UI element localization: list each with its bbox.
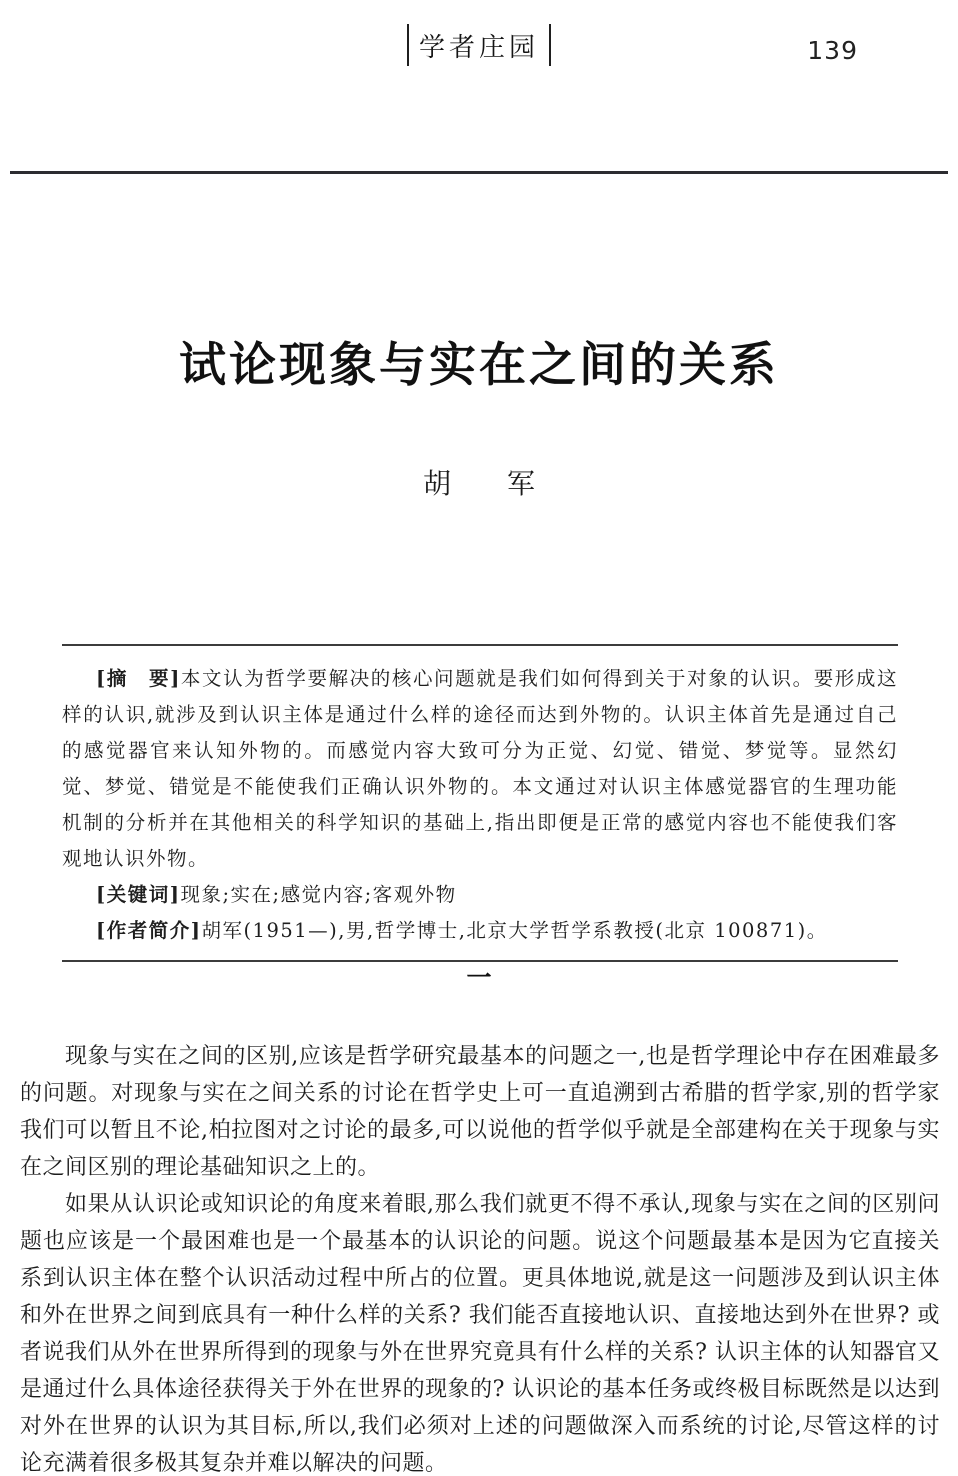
article-body: 现象与实在之间的区别,应该是哲学研究最基本的问题之一,也是哲学理论中存在困难最多… — [20, 1038, 940, 1476]
author-name: 胡 军 — [0, 462, 958, 502]
column-header-label: 学者庄园 — [419, 27, 539, 64]
abstract-block: [摘 要]本文认为哲学要解决的核心问题就是我们如何得到关于对象的认识。要形成这样… — [62, 644, 898, 962]
body-paragraph-2: 如果从认识论或知识论的角度来着眼,那么我们就更不得不承认,现象与实在之间的区别问… — [20, 1186, 940, 1476]
keywords-text: 现象;实在;感觉内容;客观外物 — [180, 883, 456, 906]
author-bio-label: [作者简介] — [96, 919, 201, 942]
page-number: 139 — [807, 36, 858, 65]
header-right-bar — [549, 24, 551, 66]
abstract-paragraph: [摘 要]本文认为哲学要解决的核心问题就是我们如何得到关于对象的认识。要形成这样… — [62, 661, 898, 877]
author-bio-line: [作者简介]胡军(1951—),男,哲学博士,北京大学哲学系教授(北京 1008… — [62, 913, 898, 949]
column-header: 学者庄园 — [407, 24, 551, 66]
header-left-bar — [407, 24, 409, 66]
article-title: 试论现象与实在之间的关系 — [0, 328, 958, 395]
abstract-label: [摘 要] — [96, 667, 181, 690]
abstract-top-rule — [62, 644, 898, 646]
author-bio-text: 胡军(1951—),男,哲学博士,北京大学哲学系教授(北京 100871)。 — [201, 919, 827, 942]
paper-page: 学者庄园 139 试论现象与实在之间的关系 胡 军 [摘 要]本文认为哲学要解决… — [0, 0, 958, 1476]
keywords-line: [关键词]现象;实在;感觉内容;客观外物 — [62, 877, 898, 913]
keywords-label: [关键词] — [96, 883, 180, 906]
header-rule — [10, 171, 948, 174]
abstract-text: 本文认为哲学要解决的核心问题就是我们如何得到关于对象的认识。要形成这样的认识,就… — [62, 667, 898, 870]
section-number: 一 — [0, 958, 958, 994]
body-paragraph-1: 现象与实在之间的区别,应该是哲学研究最基本的问题之一,也是哲学理论中存在困难最多… — [20, 1038, 940, 1186]
